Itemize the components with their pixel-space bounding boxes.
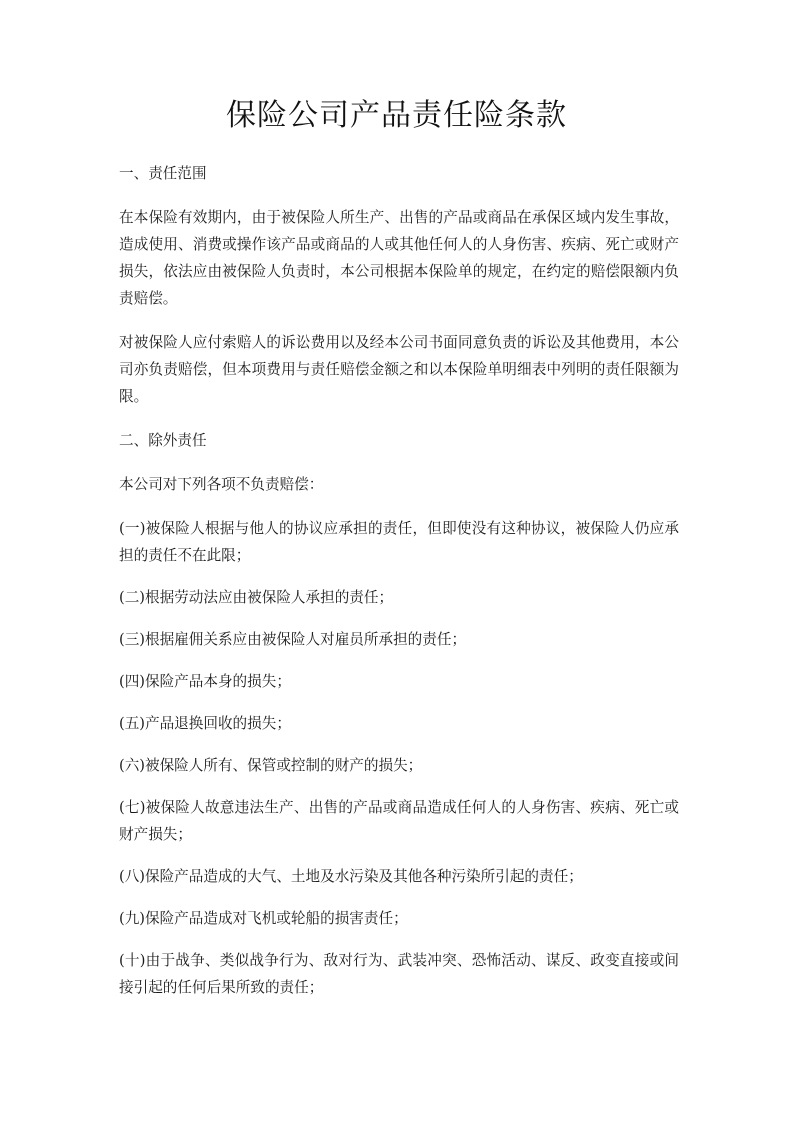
exclusion-item-3: (三)根据雇佣关系应由被保险人对雇员所承担的责任； — [119, 626, 679, 653]
document-body: 一、责任范围 在本保险有效期内，由于被保险人所生产、出售的产品或商品在承保区域内… — [119, 160, 679, 1016]
document-title: 保险公司产品责任险条款 — [0, 96, 793, 136]
scope-paragraph-1: 在本保险有效期内，由于被保险人所生产、出售的产品或商品在承保区域内发生事故，造成… — [119, 204, 679, 312]
section-heading-scope: 一、责任范围 — [119, 160, 679, 187]
exclusion-item-4: (四)保险产品本身的损失； — [119, 668, 679, 695]
exclusion-item-2: (二)根据劳动法应由被保险人承担的责任； — [119, 584, 679, 611]
section-heading-exclusions: 二、除外责任 — [119, 427, 679, 454]
exclusion-item-5: (五)产品退换回收的损失； — [119, 710, 679, 737]
exclusion-item-1: (一)被保险人根据与他人的协议应承担的责任，但即使没有这种协议，被保险人仍应承担… — [119, 515, 679, 569]
exclusion-item-9: (九)保险产品造成对飞机或轮船的损害责任； — [119, 905, 679, 932]
exclusion-item-8: (八)保险产品造成的大气、土地及水污染及其他各种污染所引起的责任； — [119, 863, 679, 890]
document-page: 保险公司产品责任险条款 一、责任范围 在本保险有效期内，由于被保险人所生产、出售… — [0, 0, 793, 1122]
exclusion-item-6: (六)被保险人所有、保管或控制的财产的损失； — [119, 752, 679, 779]
exclusion-item-10: (十)由于战争、类似战争行为、敌对行为、武装冲突、恐怖活动、谋反、政变直接或间接… — [119, 947, 679, 1001]
exclusions-intro: 本公司对下列各项不负责赔偿： — [119, 471, 679, 498]
exclusion-item-7: (七)被保险人故意违法生产、出售的产品或商品造成任何人的人身伤害、疾病、死亡或财… — [119, 794, 679, 848]
scope-paragraph-2: 对被保险人应付索赔人的诉讼费用以及经本公司书面同意负责的诉讼及其他费用，本公司亦… — [119, 329, 679, 410]
